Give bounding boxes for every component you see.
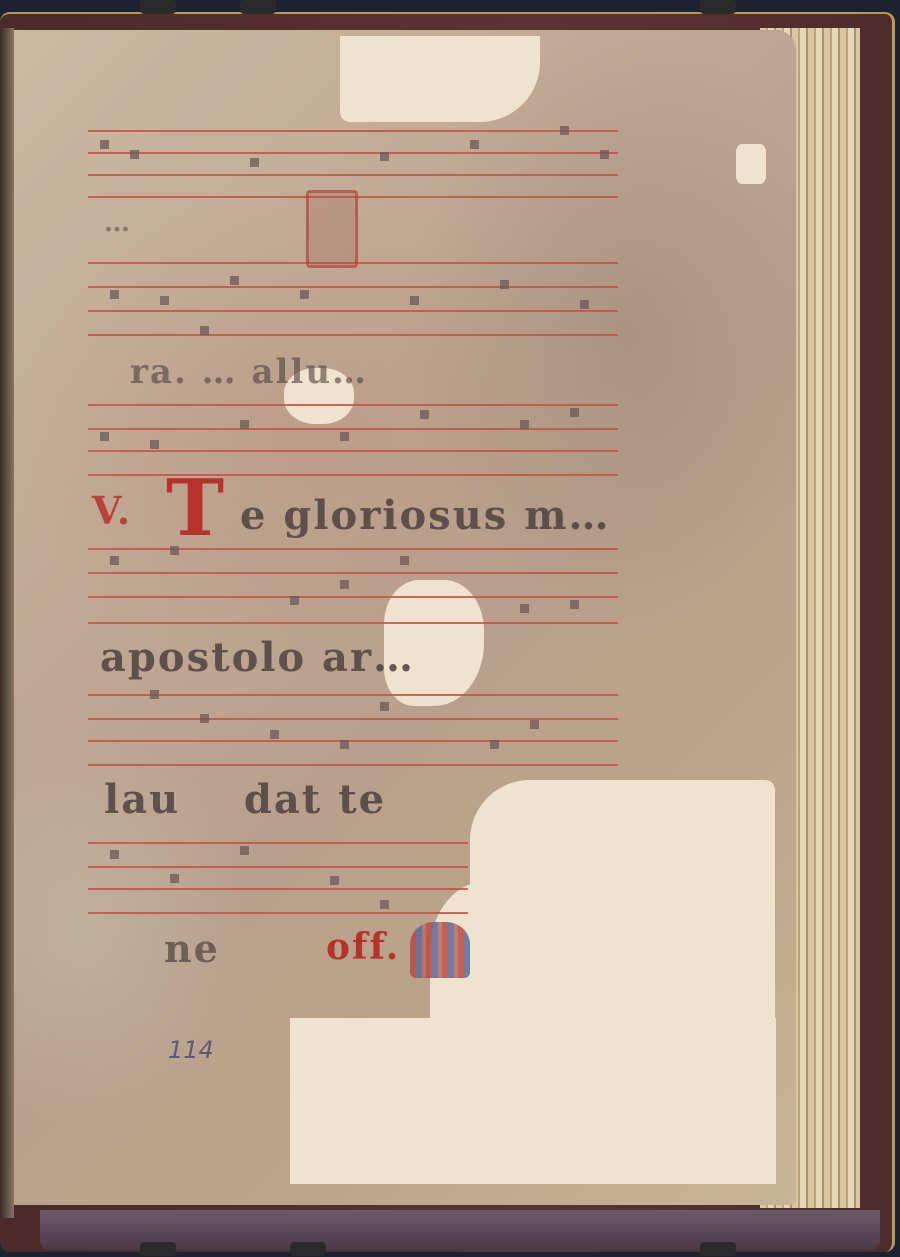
folio-number: 114 xyxy=(168,1036,214,1064)
neume xyxy=(580,300,589,309)
neume xyxy=(150,690,159,699)
neume xyxy=(200,714,209,723)
neume xyxy=(150,440,159,449)
neume xyxy=(340,740,349,749)
neume xyxy=(240,420,249,429)
neume xyxy=(200,326,209,335)
verse-mark: V. xyxy=(92,488,132,533)
neume xyxy=(490,740,499,749)
neume xyxy=(420,410,429,419)
neume xyxy=(380,900,389,909)
neume xyxy=(110,290,119,299)
neume xyxy=(250,158,259,167)
binding-boss xyxy=(700,0,736,14)
neume xyxy=(340,432,349,441)
neume xyxy=(520,420,529,429)
neume xyxy=(570,408,579,417)
neume xyxy=(530,720,539,729)
neume xyxy=(400,556,409,565)
neume xyxy=(380,152,389,161)
text-line-6: ne xyxy=(164,926,220,971)
edge-loss xyxy=(736,144,766,184)
decorated-initial-a xyxy=(306,190,358,268)
neume xyxy=(100,432,109,441)
text-line-1: … xyxy=(104,208,132,238)
rubricated-initial-t: T xyxy=(166,470,224,548)
text-line-5: lau dat te xyxy=(104,776,386,823)
neume xyxy=(600,150,609,159)
binding-boss xyxy=(140,1242,176,1256)
neume xyxy=(240,846,249,855)
text-line-3: e gloriosus m… xyxy=(240,492,611,539)
neume xyxy=(560,126,569,135)
neume xyxy=(130,150,139,159)
binding-boss xyxy=(290,1242,326,1256)
neume xyxy=(410,296,419,305)
text-line-4: apostolo ar… xyxy=(100,634,415,681)
neume xyxy=(270,730,279,739)
neume xyxy=(470,140,479,149)
neume xyxy=(380,702,389,711)
text-line-2: ra. … allu… xyxy=(130,352,368,392)
top-repair-patch xyxy=(340,36,540,122)
neume xyxy=(110,556,119,565)
neume xyxy=(500,280,509,289)
lower-repair-patch xyxy=(290,1018,776,1184)
neume xyxy=(230,276,239,285)
neume xyxy=(160,296,169,305)
neume xyxy=(100,140,109,149)
neume xyxy=(290,596,299,605)
historiated-initial-fragment xyxy=(410,922,470,978)
neume xyxy=(330,876,339,885)
gutter-shadow xyxy=(0,28,14,1218)
neume xyxy=(110,850,119,859)
neume xyxy=(520,604,529,613)
neume xyxy=(170,874,179,883)
binding-boss xyxy=(140,0,176,14)
neume xyxy=(300,290,309,299)
neume xyxy=(570,600,579,609)
binding-boss xyxy=(240,0,276,14)
offertory-rubric: off. xyxy=(326,926,400,968)
neume xyxy=(340,580,349,589)
binding-boss xyxy=(700,1242,736,1256)
